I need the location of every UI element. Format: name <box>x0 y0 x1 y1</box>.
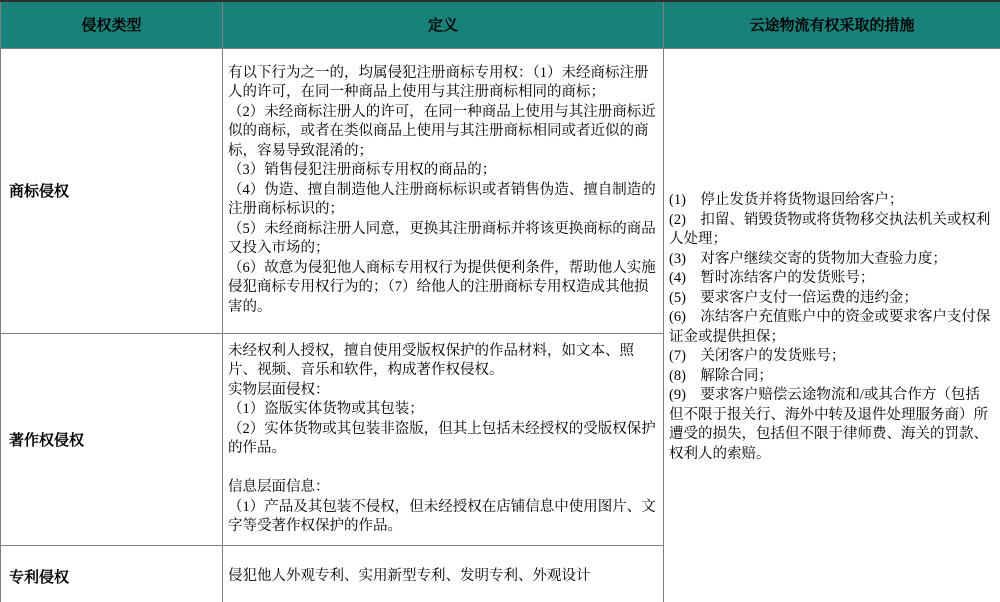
infringement-table: 侵权类型 定义 云途物流有权采取的措施 商标侵权 有以下行为之一的，均属侵犯注册… <box>0 0 1000 602</box>
copyright-type-label: 著作权侵权 <box>1 333 223 545</box>
patent-type-label: 专利侵权 <box>1 545 223 602</box>
table-row-trademark: 商标侵权 有以下行为之一的，均属侵犯注册商标专用权：（1）未经商标注册人的许可，… <box>1 48 1000 333</box>
document-page: 侵权类型 定义 云途物流有权采取的措施 商标侵权 有以下行为之一的，均属侵犯注册… <box>0 0 1000 602</box>
copyright-definition-text: 未经权利人授权，擅自使用受版权保护的作品材料，如文本、照片、视频、音乐和软件，构… <box>223 333 664 545</box>
header-infringement-type: 侵权类型 <box>1 1 223 48</box>
header-measures: 云途物流有权采取的措施 <box>664 1 1000 48</box>
trademark-definition-text: 有以下行为之一的，均属侵犯注册商标专用权：（1）未经商标注册人的许可，在同一种商… <box>223 48 664 333</box>
patent-definition-text: 侵犯他人外观专利、实用新型专利、发明专利、外观设计 <box>223 545 664 602</box>
header-definition: 定义 <box>223 1 664 48</box>
table-header-row: 侵权类型 定义 云途物流有权采取的措施 <box>1 1 1000 48</box>
trademark-type-label: 商标侵权 <box>1 48 223 333</box>
measures-list: (1) 停止发货并将货物退回给客户； (2) 扣留、销毁货物或将货物移交执法机关… <box>664 48 1000 602</box>
